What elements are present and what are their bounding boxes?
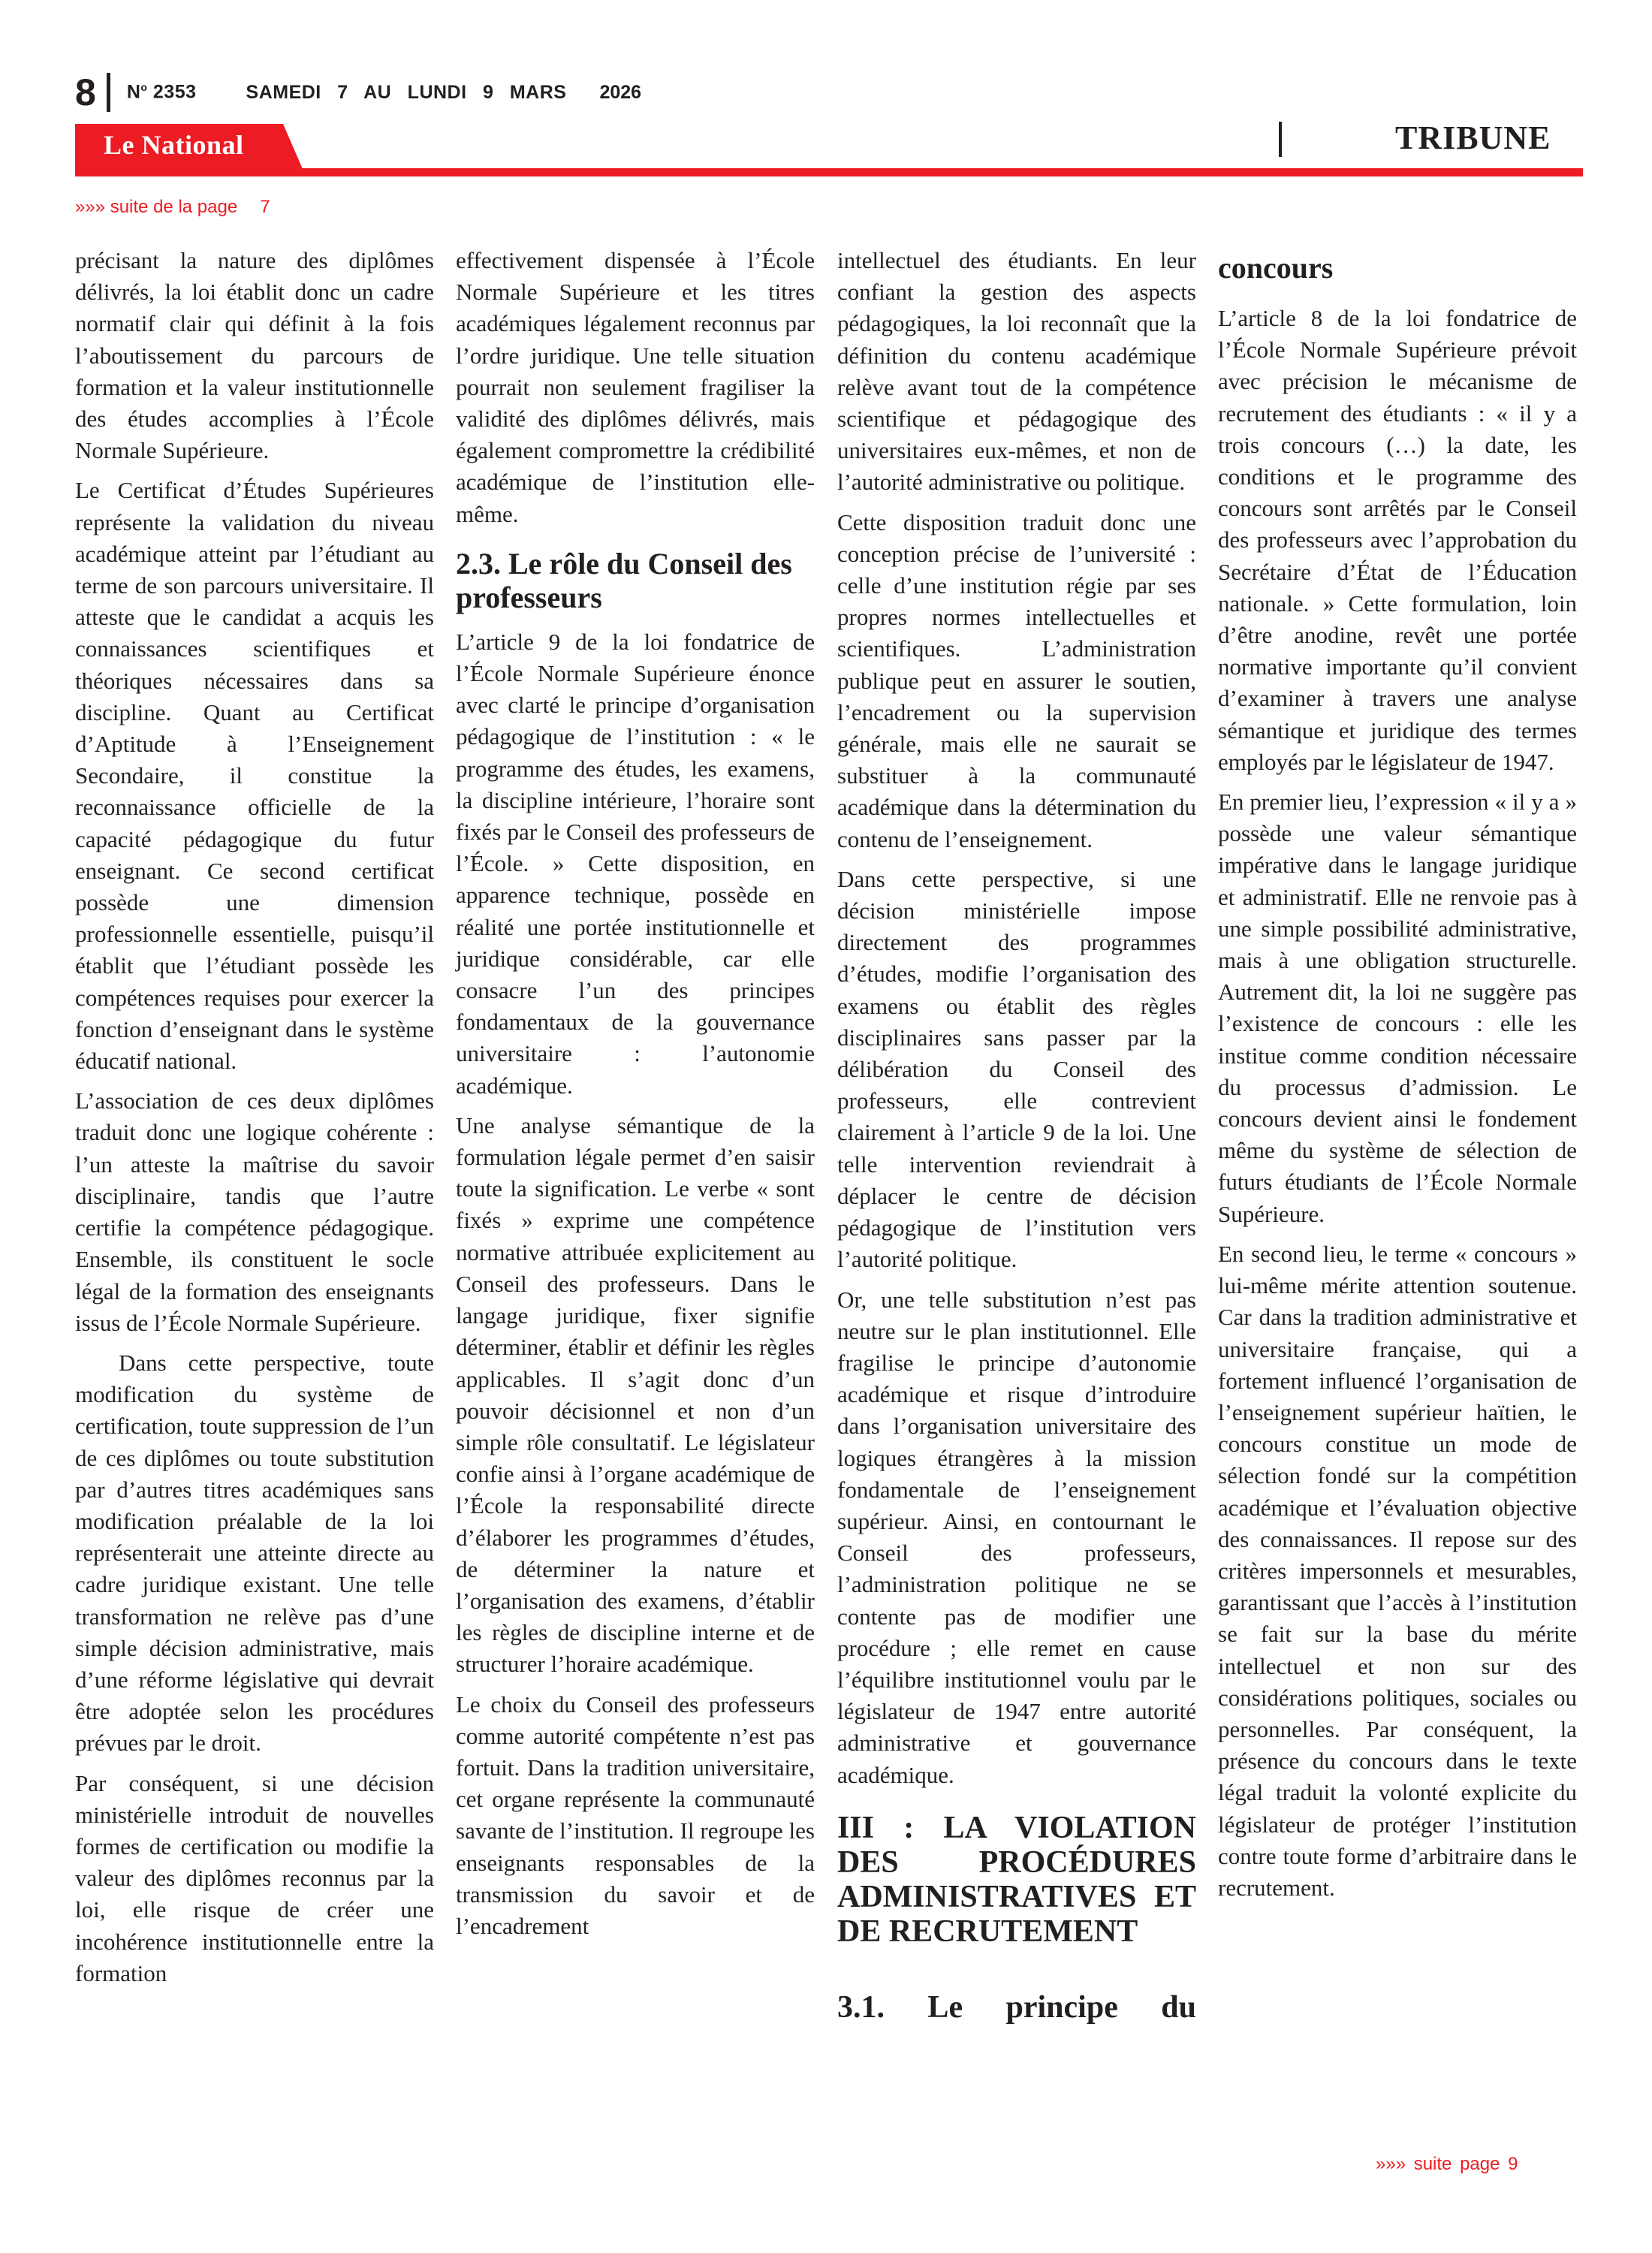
paragraph: Cette disposition traduit donc une conce…	[837, 507, 1196, 855]
article-column-2: effectivement dispensée à l’École Normal…	[456, 245, 815, 1950]
article-column-4: concours L’article 8 de la loi fondatric…	[1218, 245, 1577, 1912]
paragraph: Le Certificat d’Études Supérieures repré…	[75, 475, 434, 1077]
continued-from-page: 7	[260, 197, 270, 217]
article-column-3: intellectuel des étudiants. En leur conf…	[837, 245, 1196, 2037]
paragraph: Dans cette perspective, si une décision …	[837, 864, 1196, 1276]
subsection-heading: 2.3. Le rôle du Conseil des professeurs	[456, 547, 815, 614]
masthead-logo: Le National	[104, 129, 244, 161]
paragraph: précisant la nature des diplômes délivré…	[75, 245, 434, 466]
subsection-heading-continued: concours	[1218, 251, 1577, 285]
issue-prefix: N	[127, 82, 141, 103]
paragraph: L’association de ces deux diplômes tradu…	[75, 1085, 434, 1339]
page-number: 8	[75, 72, 96, 113]
folio-line: 8 No 2353 SAMEDI 7 AU LUNDI 9 MARS 2026	[75, 72, 641, 113]
article-column-1: précisant la nature des diplômes délivré…	[75, 245, 434, 1998]
paragraph: Le choix du Conseil des professeurs comm…	[456, 1689, 815, 1943]
paragraph: Or, une telle substitution n’est pas neu…	[837, 1284, 1196, 1791]
issue-value: 2353	[153, 82, 197, 103]
continued-on: »»» suite page 9	[1376, 2154, 1518, 2175]
paragraph: Une analyse sémantique de la formulation…	[456, 1110, 815, 1681]
paragraph: En premier lieu, l’expression « il y a »…	[1218, 786, 1577, 1230]
paragraph: intellectuel des étudiants. En leur conf…	[837, 245, 1196, 499]
issue-year: 2026	[599, 82, 641, 104]
paragraph: Dans cette perspective, toute modificati…	[75, 1347, 434, 1760]
continued-from-label: »»» suite de la page	[75, 197, 237, 217]
paragraph: L’article 8 de la loi fondatrice de l’Éc…	[1218, 303, 1577, 778]
paragraph: En second lieu, le terme « concours » lu…	[1218, 1238, 1577, 1904]
subsection-heading: 3.1. Le principe du	[837, 1991, 1196, 2025]
section-divider	[1279, 122, 1282, 157]
issue-sup: o	[140, 81, 147, 93]
section-heading: III : LA VIOLATION DES PROCÉDURES ADMINI…	[837, 1811, 1196, 1949]
continued-from: »»» suite de la page7	[75, 197, 270, 218]
issue-number: No 2353	[127, 81, 197, 103]
paragraph: Par conséquent, si une décision ministér…	[75, 1768, 434, 1989]
paragraph: effectivement dispensée à l’École Normal…	[456, 245, 815, 530]
folio-divider	[107, 73, 110, 112]
header-rule	[75, 168, 1583, 176]
paragraph: L’article 9 de la loi fondatrice de l’Éc…	[456, 626, 815, 1102]
issue-date: SAMEDI 7 AU LUNDI 9 MARS	[246, 82, 567, 104]
section-label: TRIBUNE	[1395, 119, 1551, 157]
